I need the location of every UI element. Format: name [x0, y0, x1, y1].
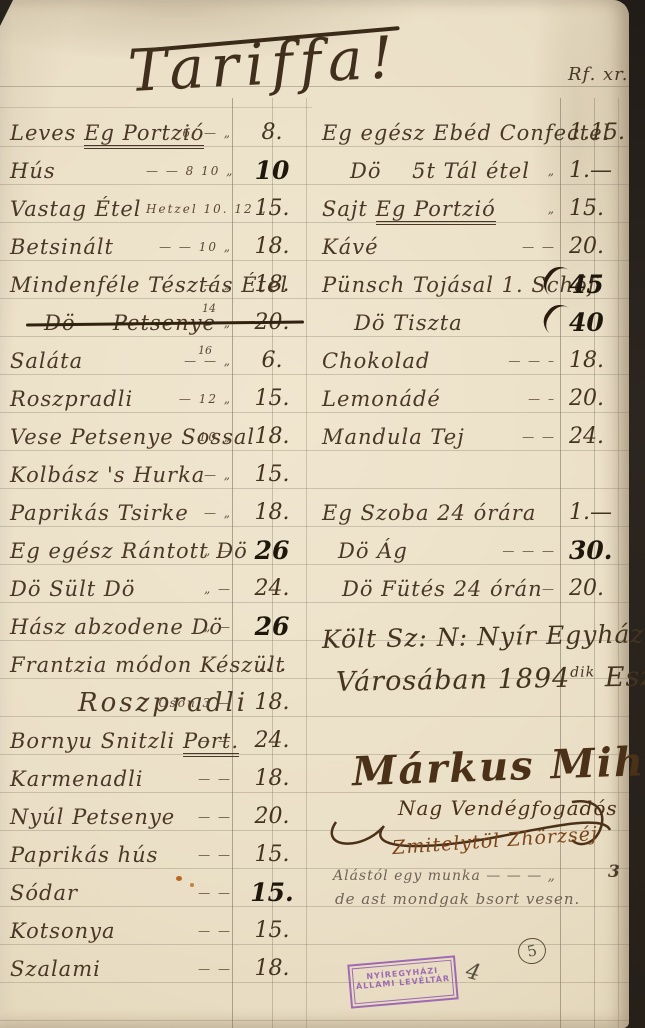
item-price: 26 — [236, 534, 308, 568]
item-price: 18. — [236, 268, 308, 302]
menu-row-right: Mandula Tej— —24. — [318, 420, 629, 454]
menu-row-left: Hász abzodene Dö„ —26 — [0, 610, 318, 644]
item-name: Dö Ág — [338, 534, 408, 568]
item-price: 20. — [566, 382, 631, 416]
menu-row-right: Dö 5t Tál étel„1.— — [318, 154, 629, 188]
item-name: Dö Tiszta — [354, 306, 463, 340]
item-name: Kávé — [322, 230, 379, 264]
item-dash-notes: 6/ — „ — [146, 116, 232, 150]
item-dash-notes: — — — [146, 724, 232, 758]
item-name: Chokolad — [322, 344, 430, 378]
menu-row-left: Bornyu Snitzli Port.— —24. — [0, 724, 318, 758]
menu-row-right: Dö Tiszta40 — [318, 306, 629, 340]
item-dash-notes: — — — [146, 914, 232, 948]
item-name: Paprikás hús — [10, 838, 158, 872]
menu-row-left: Eg egész Rántott Dö„ —26 — [0, 534, 318, 568]
item-price: 1.15. — [566, 116, 631, 150]
menu-row-left: Betsinált— — 10 „18. — [0, 230, 318, 264]
item-dash-notes: „ — — [146, 534, 232, 568]
colophon-date-post: Eszt — [595, 661, 645, 693]
item-price: 30. — [566, 534, 631, 568]
item-name: Eg Szoba 24 órára — [322, 496, 536, 530]
item-price: 18. — [236, 420, 308, 454]
item-price: 15. — [236, 876, 308, 910]
item-dash-notes: — — — [146, 952, 232, 986]
menu-row-right: Dö Ág— — —30. — [318, 534, 629, 568]
item-dash-notes: — — 10 „ — [146, 230, 232, 264]
item-dash-notes: „ — — [146, 610, 232, 644]
menu-row-right: Kávé— —20. — [318, 230, 629, 264]
item-dash-notes: „ — [502, 154, 556, 188]
item-dash-notes: — „ — [146, 496, 232, 530]
menu-row-right: Sajt Eg Portzió„15. — [318, 192, 629, 226]
pencil-note-line2: de ast mondgak bsort vesen. — [335, 890, 580, 908]
stamp-line1: NYÍREGYHÁZI — [350, 965, 454, 983]
item-price: 15. — [236, 382, 308, 416]
item-dash-notes: — — [502, 572, 556, 606]
item-dash-notes: — 12 „ — [146, 382, 232, 416]
item-price: 1.— — [566, 154, 631, 188]
stamp-line2: ÁLLAMI LEVÉLTÁR — [351, 973, 455, 991]
menu-row-left: Dö — Petsenye„141620. — [0, 306, 318, 340]
menu-row-left: Kolbász 's Hurka— „15. — [0, 458, 318, 492]
item-dash-notes: — — – — [502, 344, 556, 378]
item-price: 1.— — [566, 496, 631, 530]
item-price: 15. — [236, 838, 308, 872]
item-name: Karmenadli — [10, 762, 144, 796]
item-name: Lemonádé — [322, 382, 441, 416]
item-name: Dö Sült Dö — [10, 572, 135, 606]
menu-row-left: Frantzia módon Készült‥ . — [0, 648, 318, 682]
menu-row-right: Chokolad— — –18. — [318, 344, 629, 378]
colophon-place-line: Költ Sz: N: Nyír Egyháza — [322, 619, 645, 654]
item-price: 18. — [236, 496, 308, 530]
item-price: 6. — [236, 344, 308, 378]
item-name: Kotsonya — [10, 914, 116, 948]
menu-row-left: Roszpradli— 12 „15. — [0, 382, 318, 416]
item-dash-notes: — – — [502, 382, 556, 416]
pencil-note-value: 3 — [608, 862, 620, 882]
item-price: 15. — [566, 192, 631, 226]
item-name: Sajt Eg Portzió — [322, 192, 496, 226]
ink-spot — [190, 883, 194, 887]
item-name: Saláta — [10, 344, 83, 378]
menu-row-right: Lemonádé— –20. — [318, 382, 629, 416]
item-price: 24. — [236, 572, 308, 606]
item-name: Sódar — [10, 876, 78, 910]
item-price: 24. — [236, 724, 308, 758]
item-dash-notes: 10 „ — [146, 420, 232, 454]
menu-row-left: Mindenféle Tésztás Étel— „18. — [0, 268, 318, 302]
menu-row-left: Karmenadli— —18. — [0, 762, 318, 796]
menu-row-left: Vastag ÉtelHetzel 10. 12 „15. — [0, 192, 318, 226]
item-dash-notes: — — — [502, 420, 556, 454]
item-dash-notes: — „ — [146, 268, 232, 302]
item-name: Betsinált — [10, 230, 114, 264]
menu-row-left: Vese Petsenye Sossal10 „18. — [0, 420, 318, 454]
item-price: 18. — [236, 952, 308, 986]
menu-row-left: Hús— — 8 10 „10 — [0, 154, 318, 188]
item-dash-notes: „ — [502, 192, 556, 226]
item-price: 40 — [566, 306, 631, 340]
currency-column-header: Rf. xr. — [568, 64, 629, 85]
paper-corner-shadow — [0, 0, 13, 26]
item-dash-notes: — — — [502, 230, 556, 264]
item-price: 15. — [236, 458, 308, 492]
item-dash-notes: — — — [146, 838, 232, 872]
item-name: Vastag Étel — [10, 192, 142, 226]
item-dash-notes: Cson 3 — — [146, 686, 232, 720]
scanned-document-page: Tariffa! Rf. xr. Leves Eg Portzió6/ — „8… — [0, 0, 645, 1028]
item-price: 10 — [236, 154, 308, 188]
menu-row-left: Sódar— —15. — [0, 876, 318, 910]
menu-row-left: Paprikás hús— —15. — [0, 838, 318, 872]
menu-row-right: Pünsch Tojásal 1. Schöf45 — [318, 268, 629, 302]
menu-row-left: Kotsonya— —15. — [0, 914, 318, 948]
item-dash-notes: — „ — [146, 458, 232, 492]
item-dash-notes: — — — [146, 800, 232, 834]
item-price: 18. — [236, 762, 308, 796]
sub-rule-line — [0, 107, 312, 108]
page-title: Tariffa! — [126, 23, 401, 105]
item-price: 15. — [236, 192, 308, 226]
menu-row-right: Eg Szoba 24 órára1.— — [318, 496, 629, 530]
colophon-date-line: Városában 1894dik Eszt — [336, 661, 645, 698]
item-price: 15. — [236, 914, 308, 948]
menu-row-right: Dö Fütés 24 órán—20. — [318, 572, 629, 606]
item-dash-notes: — — — [146, 762, 232, 796]
item-price: 20. — [566, 230, 631, 264]
archive-stamp: NYÍREGYHÁZI ÁLLAMI LEVÉLTÁR — [347, 955, 458, 1008]
item-dash-notes: — — „ — [146, 344, 232, 378]
item-price: ‥ . — [236, 648, 308, 682]
ink-spot — [176, 876, 182, 881]
menu-row-left: Szalami— —18. — [0, 952, 318, 986]
item-dash-notes: — — 8 10 „ — [146, 154, 232, 188]
menu-row-left: RoszpradliCson 3 —18. — [0, 686, 318, 720]
item-name: Hús — [10, 154, 56, 188]
item-dash-notes: — — — — [502, 534, 556, 568]
item-price: 18. — [236, 230, 308, 264]
item-name: Mandula Tej — [322, 420, 465, 454]
menu-row-left: Paprikás Tsirke— „18. — [0, 496, 318, 530]
item-name-underlined: Eg Portzió — [376, 197, 496, 225]
menu-row-left: Dö Sült Dö„ —24. — [0, 572, 318, 606]
item-dash-notes: „ — — [146, 572, 232, 606]
item-name: Szalami — [10, 952, 101, 986]
item-price: 20. — [566, 572, 631, 606]
menu-row-right: Eg egész Ebéd Confectel1.15. — [318, 116, 629, 150]
item-price: 24. — [566, 420, 631, 454]
item-dash-notes: Hetzel 10. 12 „ — [146, 192, 232, 226]
menu-row-left: Saláta— — „6. — [0, 344, 318, 378]
colophon-date-pre: Városában 1894 — [336, 663, 571, 698]
item-dash-notes: — — — [146, 876, 232, 910]
colophon-date-sup: dik — [570, 664, 595, 680]
menu-row-left: Nyúl Petsenye— —20. — [0, 800, 318, 834]
item-price: 20. — [236, 800, 308, 834]
item-price: 45 — [566, 268, 631, 302]
pencil-note-line1: Alástól egy munka — — — „ — [333, 868, 556, 884]
item-price: 8. — [236, 116, 308, 150]
item-price: 18. — [236, 686, 308, 720]
item-name: Roszpradli — [10, 382, 133, 416]
item-price: 18. — [566, 344, 631, 378]
menu-row-left: Leves Eg Portzió6/ — „8. — [0, 116, 318, 150]
item-price: 26 — [236, 610, 308, 644]
